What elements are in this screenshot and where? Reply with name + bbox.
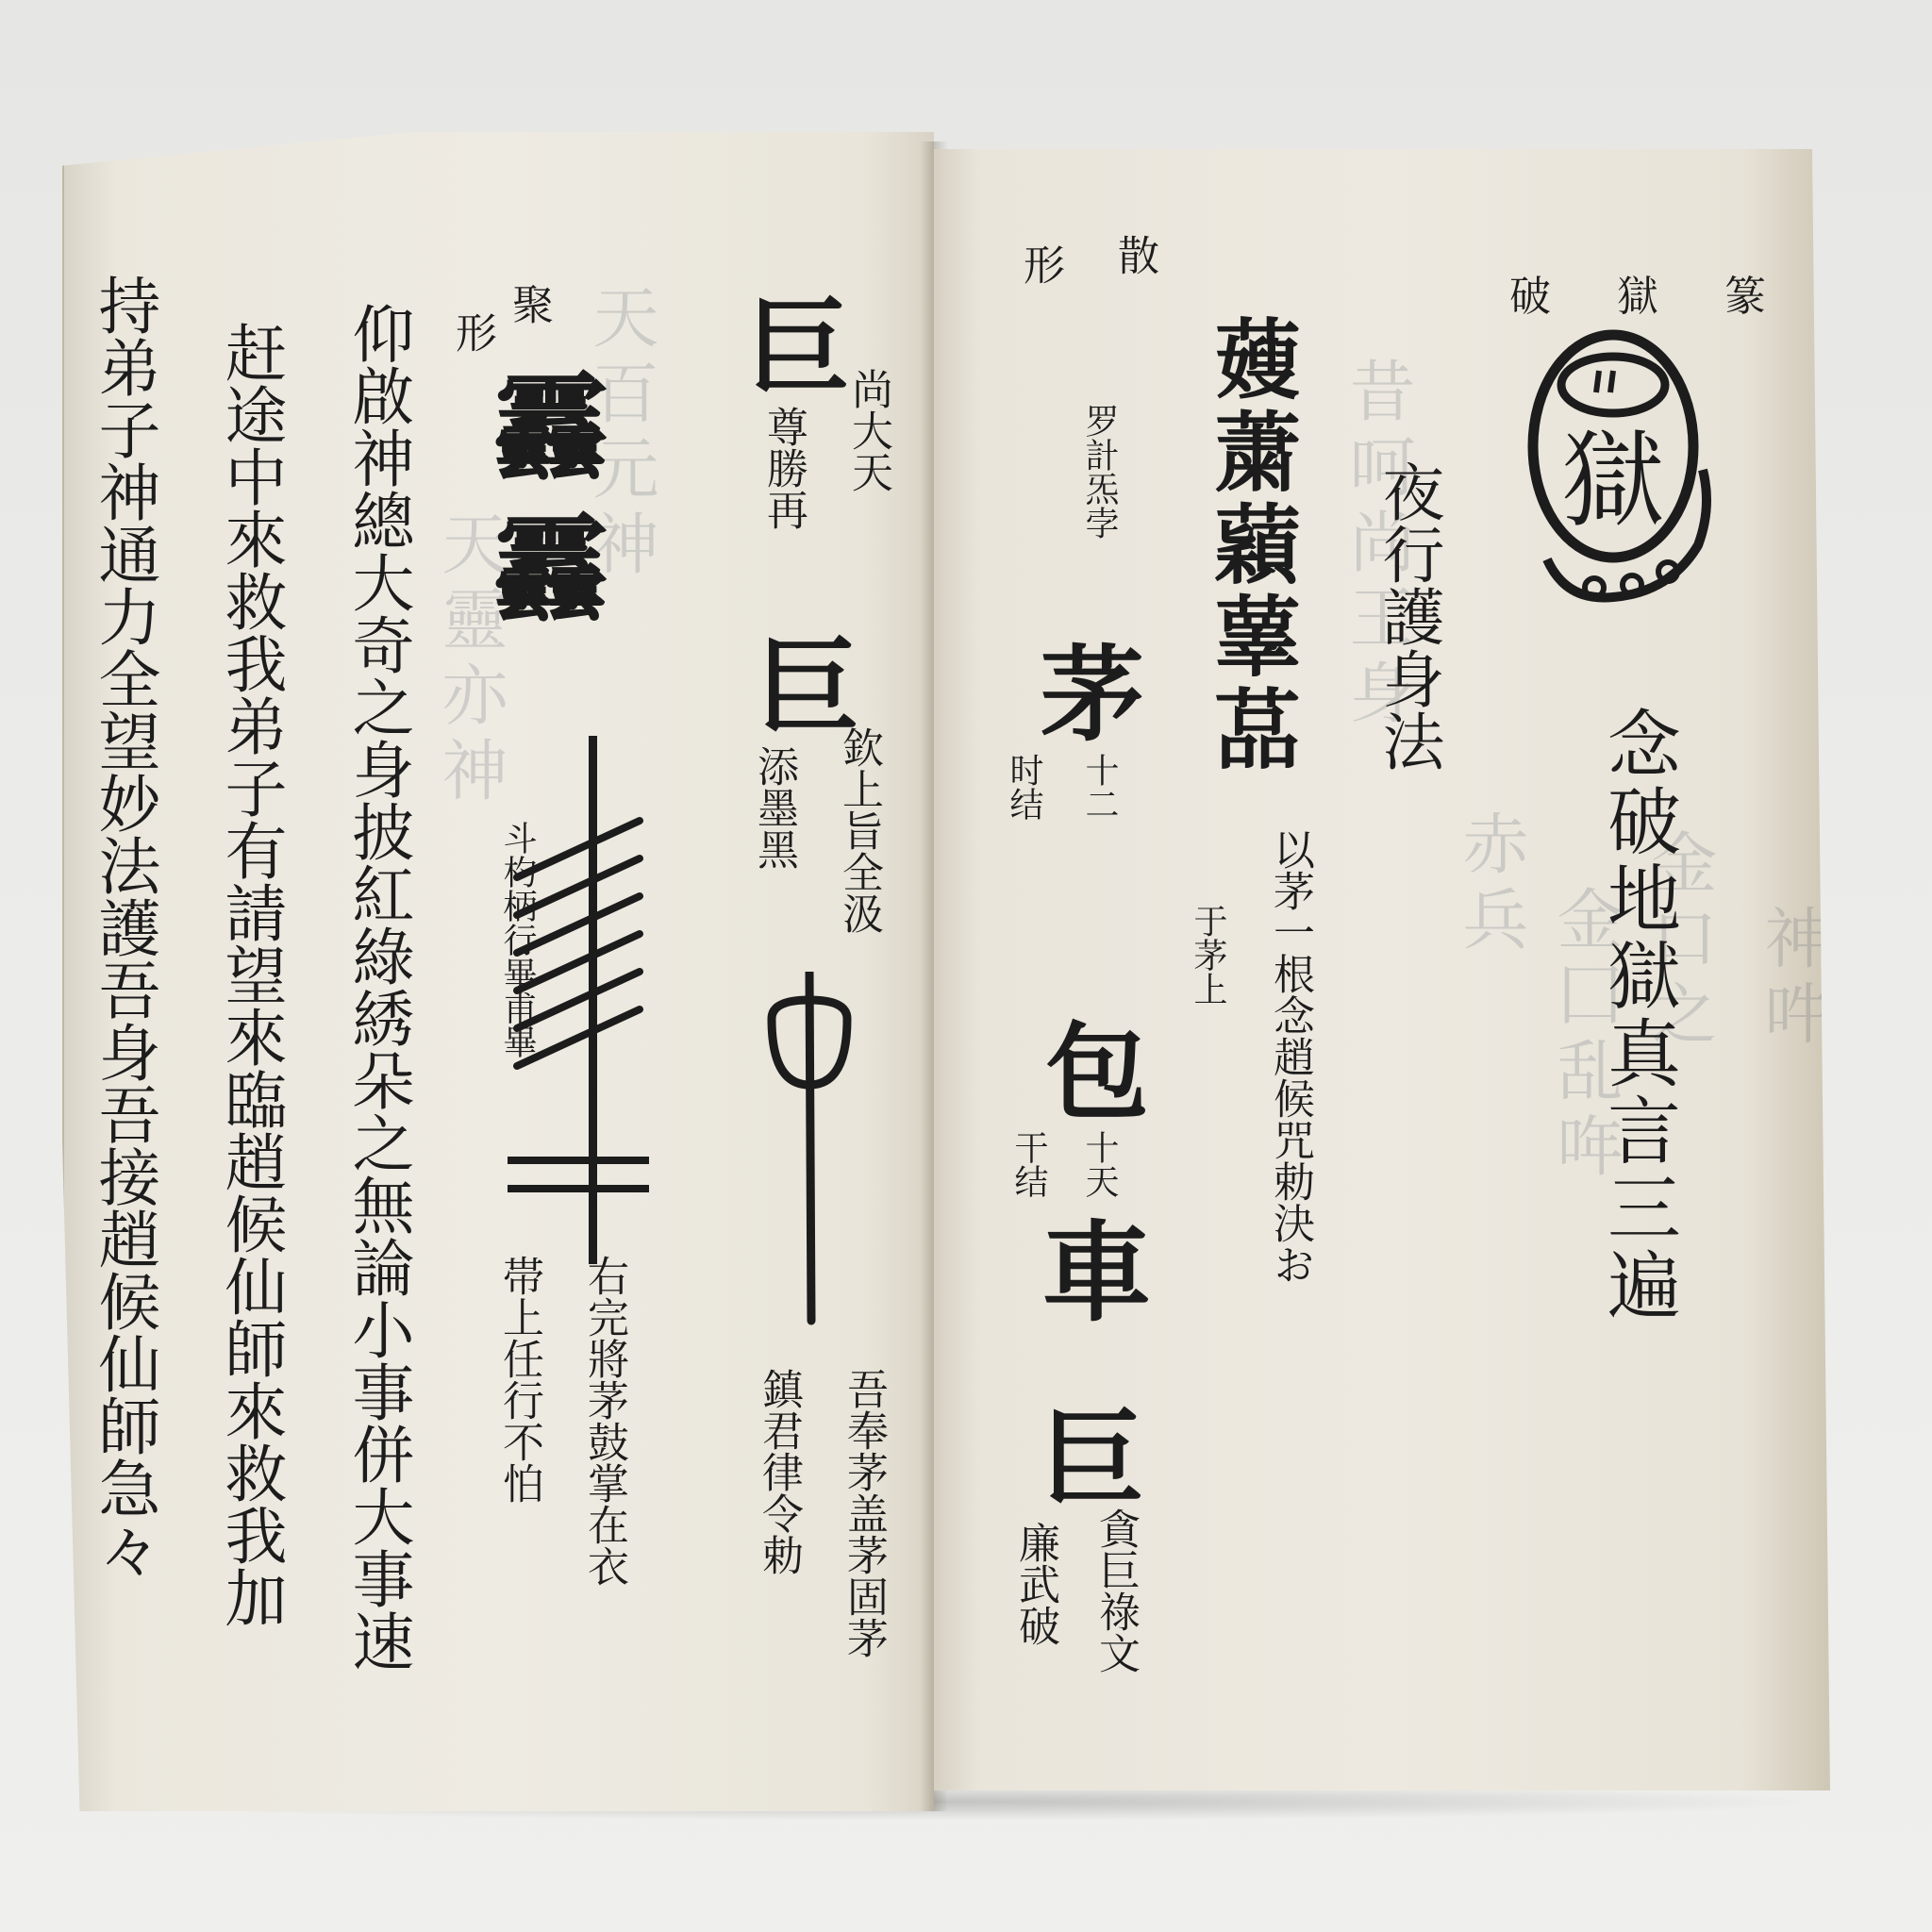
top-note-left: 尊勝再 [753,406,813,530]
right-page: 昔呵尚王身 赤兵 金囗乱哖 金口之 神吽 形 散 𠕀 𠕀木火土金水 罗計炁孛 茅… [934,149,1830,1790]
che-glyph: 車 [1009,1215,1165,1324]
section-title: 夜行護身法 [1363,460,1453,772]
seal-caption: 破獄篆 [1509,262,1830,323]
mao-glyph: 茅 [1009,640,1158,743]
gather-talisman-1: 䨺 [460,368,623,481]
scatter-label-top: 散 [1104,234,1164,275]
order-left: 鎮君律令勅 [748,1368,808,1575]
talisman-char: 䕅 [1200,314,1302,407]
text-column-3: 持弟子神通力全望妙法護吾身吾接趙候仙師急々 [79,274,169,1581]
after-note-left: 帯上任行不怕 [489,1255,549,1504]
second-glyph: 巨 [724,632,874,736]
bleed-through-text: 赤兵 [1443,809,1539,960]
prison-seal-icon: 獄 [1509,319,1736,630]
instruction: 以茅一根念趙候咒勅決お [1259,828,1320,1285]
heading: 念破地獄真言三遍 [1585,706,1690,1324]
talisman-char: 蘔 [1200,499,1302,591]
left-page: 天百元神 天靈亦神 持弟子神通力全望妙法護吾身吾接趙候仙師急々 赶途中來救我弟子… [62,132,934,1811]
text-column-2: 赶途中來救我弟子有請望來臨趙候仙師來救我加 [206,321,295,1628]
gather-talisman-2: 䨺 [460,509,623,623]
bleed-through-text: 神吽 [1745,904,1830,1055]
mao-note-left: 时结 [1000,753,1048,821]
scatter-notes-right: 罗計炁孛 [1075,404,1124,540]
mao-note-right: 十二 [1075,753,1124,821]
second-note-left: 添墨黑 [743,745,804,870]
gather-label-bottom: 形 [441,311,502,353]
second-note-right: 欽上旨全汲 [828,726,889,934]
gather-note: 斗杓柄行畢甫畢 [493,821,541,1058]
zhong-talisman-icon [753,972,866,1330]
top-note-right: 尚大天 [838,368,898,492]
order-right: 吾奉茅盖茅固茅 [833,1368,893,1658]
seal-glyph: 獄 [1561,421,1665,541]
scatter-notes-left: 𠕀木火土金水 [1000,390,1039,593]
ju-glyph: 巨 [1009,1404,1158,1507]
text-column-1: 仰啟神總大奇之身披紅綠綉朵之無論小事併大事速 [333,302,423,1672]
talisman-char: 䕉 [1200,591,1302,684]
ju-note-left: 廉武破 [1005,1522,1065,1646]
talisman-char: 䓵 [1200,684,1302,776]
scatter-label-bottom: 形 [1009,243,1070,285]
bao-note-left: 干结 [1005,1130,1053,1198]
ju-note-right: 貪巨祿文 [1085,1507,1145,1674]
bao-note-right: 十天 [1075,1130,1124,1198]
bao-glyph: 包 [1014,1017,1163,1121]
scatter-glyph: 𠕀 [1019,309,1108,385]
talisman-chars: 䕅䔥蘔䕉䓵 [1189,314,1313,776]
talisman-char: 䔥 [1200,407,1302,499]
after-note-right: 右完將茅鼓掌在衣 [574,1255,634,1587]
gather-label-top: 聚 [498,283,558,325]
instruction-note: 于茅上 [1184,904,1232,1006]
